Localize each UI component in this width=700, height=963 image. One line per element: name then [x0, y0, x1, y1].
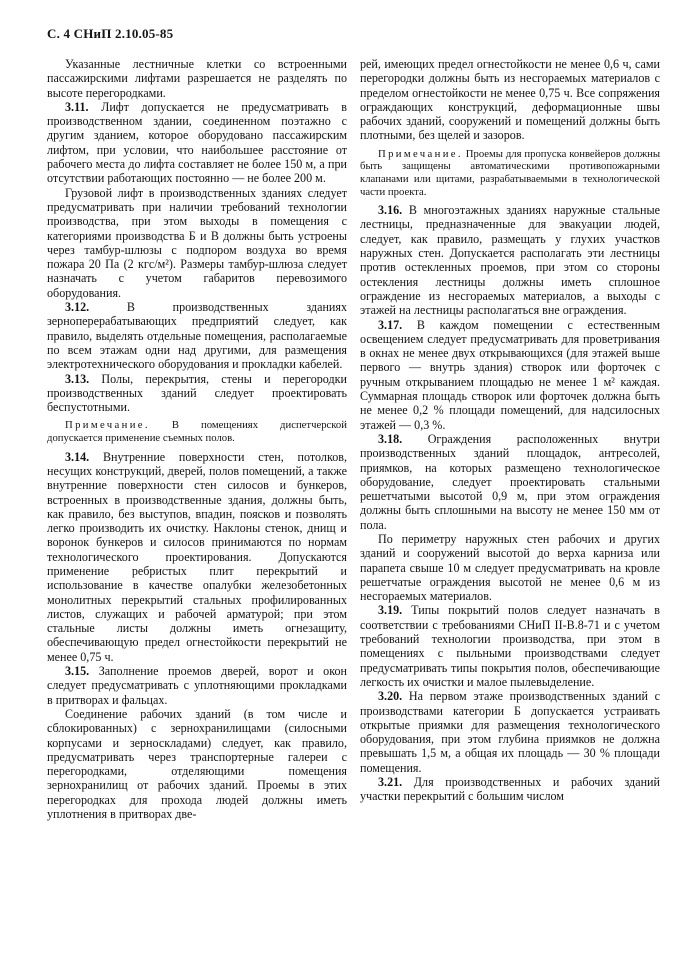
text-column-left: Указанные лестничные клетки со встроенны…: [47, 57, 347, 821]
clause-number: 3.16.: [378, 203, 402, 217]
page-header: С. 4 СНиП 2.10.05-85: [47, 26, 660, 42]
clause-paragraph: 3.16. В многоэтажных зданиях наружные ст…: [360, 203, 660, 317]
clause-number: 3.19.: [378, 603, 402, 617]
text-column-right: рей, имеющих предел огнестойкости не мен…: [360, 57, 660, 804]
clause-paragraph: 3.14. Внутренние поверхности стен, потол…: [47, 450, 347, 664]
note-paragraph: Примечание. Проемы для пропуска конвейер…: [360, 148, 660, 198]
clause-paragraph: Соединение рабочих зданий (в том числе и…: [47, 707, 347, 821]
clause-number: 3.12.: [65, 300, 89, 314]
document-page: С. 4 СНиП 2.10.05-85 Указанные лестничны…: [0, 0, 700, 963]
clause-paragraph: По периметру наружных стен рабочих и дру…: [360, 532, 660, 603]
clause-paragraph: 3.18. Ограждения расположенных внутри пр…: [360, 432, 660, 532]
clause-number: 3.13.: [65, 372, 89, 386]
clause-number: 3.17.: [378, 318, 402, 332]
clause-paragraph: Указанные лестничные клетки со встроенны…: [47, 57, 347, 100]
note-label: Примечание.: [65, 419, 150, 431]
clause-paragraph: 3.12. В производственных зданиях зернопе…: [47, 300, 347, 371]
clause-paragraph: 3.11. Лифт допускается не предусматриват…: [47, 100, 347, 186]
clause-paragraph: 3.15. Заполнение проемов дверей, ворот и…: [47, 664, 347, 707]
clause-paragraph: 3.21. Для производственных и рабочих зда…: [360, 775, 660, 804]
note-paragraph: Примечание. В помещениях диспетчерской д…: [47, 419, 347, 444]
clause-number: 3.15.: [65, 664, 89, 678]
clause-paragraph: Грузовой лифт в производственных зданиях…: [47, 186, 347, 300]
clause-number: 3.18.: [378, 432, 402, 446]
clause-paragraph: рей, имеющих предел огнестойкости не мен…: [360, 57, 660, 143]
clause-paragraph: 3.13. Полы, перекрытия, стены и перегоро…: [47, 372, 347, 415]
note-label: Примечание.: [378, 148, 463, 160]
clause-paragraph: 3.20. На первом этаже производственных з…: [360, 689, 660, 775]
text-columns: Указанные лестничные клетки со встроенны…: [47, 57, 660, 821]
clause-number: 3.20.: [378, 689, 402, 703]
clause-number: 3.14.: [65, 450, 89, 464]
clause-paragraph: 3.17. В каждом помещении с естественным …: [360, 318, 660, 432]
clause-number: 3.21.: [378, 775, 402, 789]
clause-number: 3.11.: [65, 100, 89, 114]
clause-paragraph: 3.19. Типы покрытий полов следует назнач…: [360, 603, 660, 689]
